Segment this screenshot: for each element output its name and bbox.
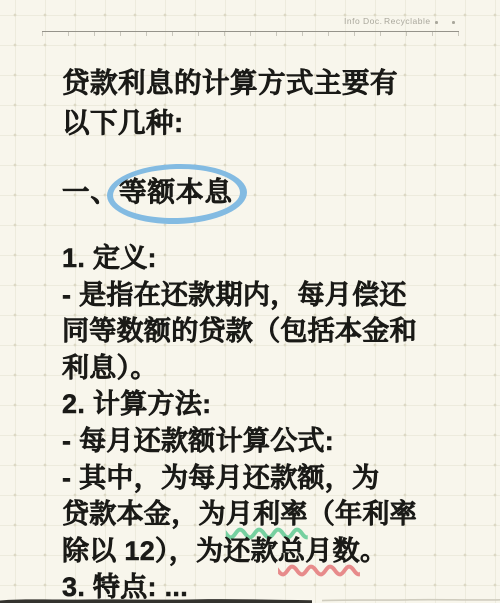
ruler-ticks xyxy=(42,32,459,36)
body-line: 2. 计算方法: xyxy=(62,386,417,423)
body-line: 同等数额的贷款（包括本金和 xyxy=(62,313,417,350)
body-line: - 每月还款额计算公式: xyxy=(62,423,417,460)
body-line: 贷款本金，为月利率（年利率 xyxy=(62,496,417,533)
body-line: 利息）。 xyxy=(62,350,417,387)
header-dot-icon xyxy=(452,21,455,24)
body-line: 1. 定义: xyxy=(62,240,417,277)
note-title: 贷款利息的计算方式主要有 以下几种: xyxy=(62,63,398,143)
body-line: 除以 12），为还款总月数。 xyxy=(62,533,417,570)
body-line: - 是指在还款期内，每月偿还 xyxy=(62,277,417,314)
red-underlined-term: 总月数 xyxy=(278,536,360,566)
body-line: - 其中，为每月还款额，为 xyxy=(62,460,417,497)
note-page: Info Doc. Recyclable 贷款利息的计算方式主要有 以下几种: … xyxy=(0,0,500,603)
green-underlined-term: 月利率 xyxy=(226,499,308,529)
title-line: 以下几种: xyxy=(62,103,398,143)
bottom-cutoff-band xyxy=(0,595,500,603)
section-heading: 一、等额本息 xyxy=(62,172,233,212)
header-label-info-doc[interactable]: Info Doc. xyxy=(344,16,383,26)
header-label-recyclable[interactable]: Recyclable xyxy=(384,16,431,26)
circled-keyword-text: 等额本息 xyxy=(119,176,233,207)
title-line: 贷款利息的计算方式主要有 xyxy=(62,63,398,103)
circled-keyword: 等额本息 xyxy=(119,172,233,212)
note-body: 1. 定义: - 是指在还款期内，每月偿还 同等数额的贷款（包括本金和 利息）。… xyxy=(62,240,417,603)
header-dot-icon xyxy=(435,21,438,24)
section-heading-prefix: 一、 xyxy=(62,176,119,207)
